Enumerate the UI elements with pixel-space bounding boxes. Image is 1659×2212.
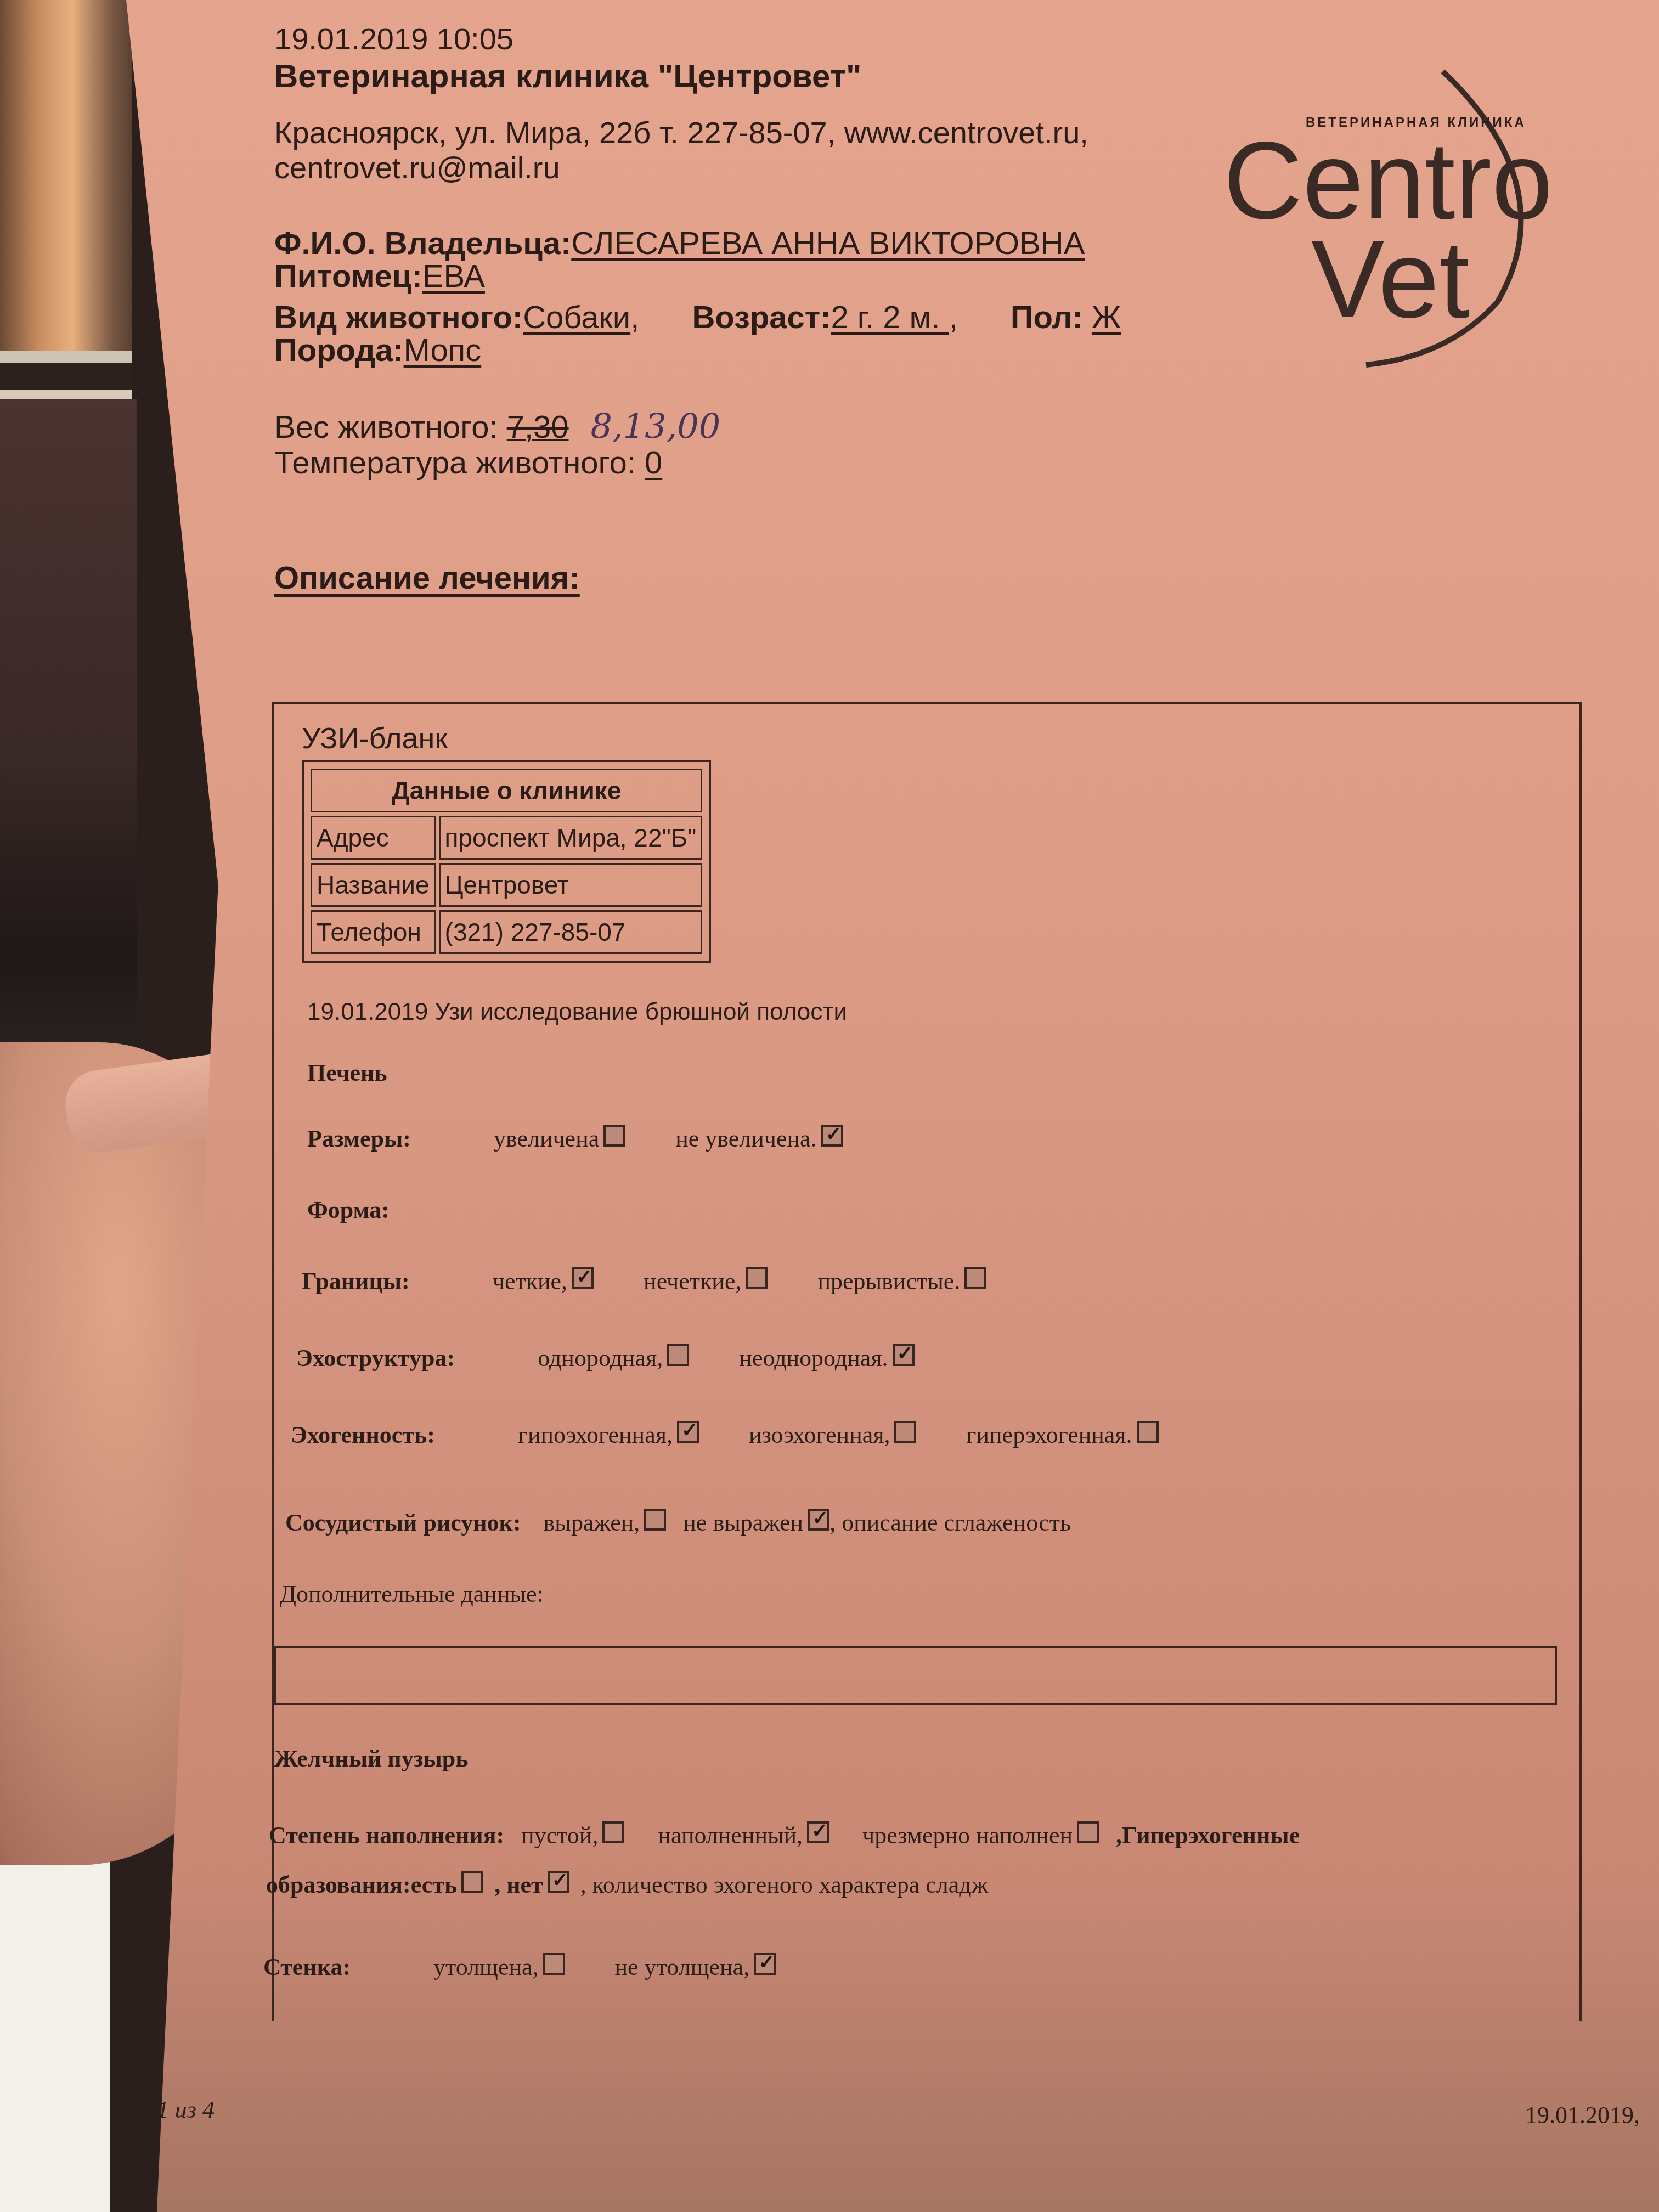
background-table xyxy=(0,1810,110,2212)
background-wall xyxy=(0,0,132,351)
clinic-address-line: Красноярск, ул. Мира, 22б т. 227-85-07, … xyxy=(274,115,1088,150)
species-label: Вид животного: xyxy=(274,300,523,335)
breed-value: Мопс xyxy=(404,332,482,368)
exam-title: 19.01.2019 Узи исследование брюшной поло… xyxy=(307,998,847,1026)
checkbox-formations-yes[interactable] xyxy=(461,1871,483,1893)
vascular-description: , описание сглаженость xyxy=(830,1509,1071,1536)
checkbox-overfilled[interactable] xyxy=(1077,1821,1099,1843)
background-shelf xyxy=(0,351,132,363)
checkbox-not-enlarged[interactable] xyxy=(821,1125,843,1147)
gallbladder-wall-row: Стенка: утолщена, не утолщена, xyxy=(263,1953,787,1981)
liver-heading: Печень xyxy=(307,1059,387,1087)
checkbox-intermittent[interactable] xyxy=(964,1267,986,1289)
weight-row: Вес животного: 7,308,13,00 xyxy=(274,406,720,446)
option-label: выражен, xyxy=(544,1509,640,1536)
liver-vascular-label: Сосудистый рисунок: xyxy=(285,1509,521,1536)
owner-label: Ф.И.О. Владельца: xyxy=(274,225,571,261)
checkbox-unclear[interactable] xyxy=(746,1267,768,1289)
liver-echogenicity-label: Эхогенность: xyxy=(291,1421,435,1448)
sex-label: Пол: xyxy=(1011,300,1083,335)
option-label: не выражен xyxy=(683,1509,803,1536)
liver-echostructure-label: Эхоструктура: xyxy=(296,1345,455,1372)
option-label: неоднородная. xyxy=(739,1345,888,1372)
age-label: Возраст: xyxy=(692,300,831,335)
checkbox-formations-no[interactable] xyxy=(548,1871,569,1893)
hyperechoic-label: ,Гиперэхогенные xyxy=(1116,1822,1300,1849)
table-row: Адрес проспект Мира, 22"Б" xyxy=(311,816,702,860)
gallbladder-filling-row: Степень наполнения: пустой, наполненный,… xyxy=(269,1821,1300,1849)
temperature-row: Температура животного: 0 xyxy=(274,444,662,481)
option-label: наполненный, xyxy=(658,1822,803,1849)
option-label: прерывистые. xyxy=(817,1268,960,1295)
formations-label: образования:есть xyxy=(266,1871,457,1898)
page-number: Стр. 1 из 4 xyxy=(99,2096,215,2124)
breed-label: Порода: xyxy=(274,332,404,368)
weight-value: 7,30 xyxy=(507,409,569,445)
checkbox-enlarged[interactable] xyxy=(603,1125,625,1147)
option-label: гипоэхогенная, xyxy=(518,1421,673,1448)
footer-date: 19.01.2019, xyxy=(1525,2101,1640,2129)
age-value: 2 г. 2 м. xyxy=(831,300,949,335)
option-label: четкие, xyxy=(493,1268,567,1295)
option-label: однородная, xyxy=(538,1345,663,1372)
breed-row: Порода:Мопс xyxy=(274,332,481,369)
formations-description: , количество эхогеного характера сладж xyxy=(580,1871,988,1898)
checkbox-filled[interactable] xyxy=(807,1821,829,1843)
liver-shape-row: Форма: xyxy=(307,1196,390,1224)
option-label: чрезмерно наполнен xyxy=(862,1822,1073,1849)
checkbox-isoechoic[interactable] xyxy=(894,1421,916,1443)
checkbox-not-thickened[interactable] xyxy=(754,1953,776,1975)
background-shelf-gap xyxy=(0,363,132,390)
checkbox-empty[interactable] xyxy=(602,1821,624,1843)
option-label: не увеличена. xyxy=(675,1125,816,1152)
gallbladder-heading: Желчный пузырь xyxy=(274,1745,468,1773)
gallbladder-wall-label: Стенка: xyxy=(263,1954,351,1980)
clinic-address: Красноярск, ул. Мира, 22б т. 227-85-07, … xyxy=(274,115,1088,185)
table-cell-value: Центровет xyxy=(439,863,703,907)
table-cell-label: Телефон xyxy=(311,910,436,954)
pet-label: Питомец: xyxy=(274,258,422,294)
liver-borders-label: Границы: xyxy=(302,1268,410,1295)
option-label: утолщена, xyxy=(433,1954,539,1980)
checkbox-clear[interactable] xyxy=(572,1267,594,1289)
option-label: не утолщена, xyxy=(615,1954,750,1980)
species-row: Вид животного:Собаки, Возраст:2 г. 2 м. … xyxy=(274,299,1121,336)
option-label: нечеткие, xyxy=(644,1268,741,1295)
gallbladder-filling-label: Степень наполнения: xyxy=(269,1822,504,1849)
checkbox-thickened[interactable] xyxy=(543,1953,565,1975)
liver-borders-row: Границы: четкие, нечеткие, прерывистые. xyxy=(302,1267,997,1295)
checkbox-not-pronounced[interactable] xyxy=(808,1509,830,1531)
option-label: гиперэхогенная. xyxy=(966,1421,1132,1448)
table-cell-value: (321) 227-85-07 xyxy=(439,910,703,954)
table-row: Название Центровет xyxy=(311,863,702,907)
treatment-title: Описание лечения: xyxy=(274,560,580,596)
pet-value: ЕВА xyxy=(422,258,485,294)
additional-data-field[interactable] xyxy=(274,1646,1557,1705)
checkbox-pronounced[interactable] xyxy=(644,1509,666,1531)
liver-size-row: Размеры: увеличена не увеличена. xyxy=(307,1125,854,1153)
temperature-value: 0 xyxy=(645,445,662,481)
pet-row: Питомец:ЕВА xyxy=(274,258,485,295)
weight-label: Вес животного: xyxy=(274,409,498,445)
checkbox-heterogeneous[interactable] xyxy=(893,1344,915,1366)
liver-vascular-row: Сосудистый рисунок: выражен, не выражен,… xyxy=(285,1509,1071,1537)
checkbox-hypoechoic[interactable] xyxy=(677,1421,699,1443)
clinic-name: Ветеринарная клиника "Центровет" xyxy=(274,57,862,95)
table-row: Телефон (321) 227-85-07 xyxy=(311,910,702,954)
print-datetime: 19.01.2019 10:05 xyxy=(274,21,513,57)
liver-echogenicity-row: Эхогенность: гипоэхогенная, изоэхогенная… xyxy=(291,1421,1170,1449)
formations-no-label: , нет xyxy=(494,1871,543,1898)
logo-word-vet: Vet xyxy=(1311,225,1470,335)
clinic-info-table: Данные о клинике Адрес проспект Мира, 22… xyxy=(302,760,711,963)
table-cell-label: Адрес xyxy=(311,816,436,860)
clinic-table-header: Данные о клинике xyxy=(311,769,702,812)
additional-data-label: Дополнительные данные: xyxy=(280,1580,544,1608)
clinic-email: centrovet.ru@mail.ru xyxy=(274,150,1088,185)
background-shelf xyxy=(0,390,132,399)
temperature-label: Температура животного: xyxy=(274,445,636,481)
weight-handwritten: 8,13,00 xyxy=(591,406,721,446)
liver-shape-label: Форма: xyxy=(307,1197,390,1223)
owner-row: Ф.И.О. Владельца:СЛЕСАРЕВА АННА ВИКТОРОВ… xyxy=(274,225,1085,262)
gallbladder-formations-row: образования:есть, нет, количество эхоген… xyxy=(266,1871,988,1899)
document-page: 19.01.2019 10:05 Ветеринарная клиника "Ц… xyxy=(126,0,1659,2212)
table-cell-value: проспект Мира, 22"Б" xyxy=(439,816,703,860)
checkbox-homogeneous[interactable] xyxy=(667,1344,689,1366)
table-cell-label: Название xyxy=(311,863,436,907)
background-furniture xyxy=(0,399,137,1096)
sex-value: Ж xyxy=(1092,300,1121,335)
form-title: УЗИ-бланк xyxy=(302,721,448,755)
option-label: пустой, xyxy=(521,1822,598,1849)
option-label: увеличена xyxy=(494,1125,599,1152)
checkbox-hyperechoic[interactable] xyxy=(1137,1421,1159,1443)
centrovet-logo: ВЕТЕРИНАРНАЯ КЛИНИКА Centro Vet xyxy=(1212,60,1564,368)
species-value: Собаки xyxy=(523,300,630,335)
option-label: изоэхогенная, xyxy=(749,1421,890,1448)
liver-size-label: Размеры: xyxy=(307,1125,411,1152)
liver-echostructure-row: Эхоструктура: однородная, неоднородная. xyxy=(296,1344,926,1372)
owner-value: СЛЕСАРЕВА АННА ВИКТОРОВНА xyxy=(571,225,1085,261)
